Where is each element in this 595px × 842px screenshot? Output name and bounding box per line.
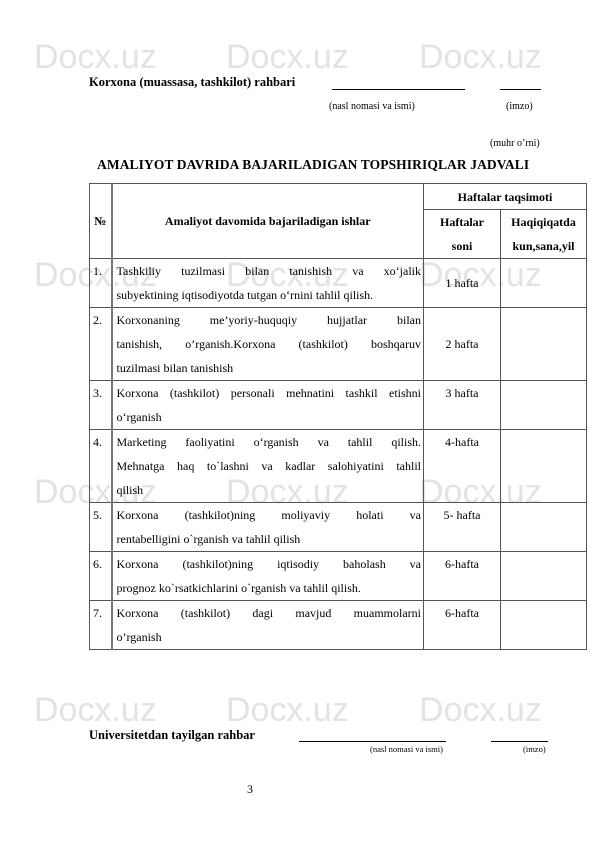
header-actual-date: Haqiqiqatda kun,sana,yil bbox=[501, 210, 587, 259]
actual-date-cell[interactable] bbox=[501, 601, 587, 650]
task-description-line: Korxona (tashkilot) personali mehnatini … bbox=[117, 381, 422, 405]
name-signature-line[interactable] bbox=[332, 89, 465, 90]
header-weeks-count: Haftalar soni bbox=[424, 210, 501, 259]
weeks-cell: 2 hafta bbox=[424, 308, 501, 381]
table-row: 2.Korxonaning me’yoriy-huquqiy hujjatlar… bbox=[90, 308, 587, 381]
tasks-table: № Amaliyot davomida bajariladigan ishlar… bbox=[89, 183, 587, 650]
weeks-cell: 5- hafta bbox=[424, 503, 501, 552]
weeks-cell: 1 hafta bbox=[424, 259, 501, 308]
actual-date-cell[interactable] bbox=[501, 381, 587, 430]
table-row: 3.Korxona (tashkilot) personali mehnatin… bbox=[90, 381, 587, 430]
row-number: 3. bbox=[90, 381, 112, 430]
row-number: 4. bbox=[90, 430, 112, 503]
row-number: 5. bbox=[90, 503, 112, 552]
signature-label: (imzo) bbox=[506, 101, 533, 112]
header-tasks: Amaliyot davomida bajariladigan ishlar bbox=[112, 184, 424, 259]
task-description: Korxona (tashkilot) dagi mavjud muammola… bbox=[112, 601, 424, 650]
header-distribution: Haftalar taqsimoti bbox=[424, 184, 587, 210]
task-description-line: Korxonaning me’yoriy-huquqiy hujjatlar b… bbox=[117, 308, 422, 332]
task-description-line: o’rganish bbox=[117, 625, 422, 649]
task-description-line: Korxona (tashkilot)ning moliyaviy holati… bbox=[117, 503, 422, 527]
task-description-line: subyektining iqtisodiyotda tutgan o‘rnin… bbox=[117, 283, 422, 307]
weeks-cell: 3 hafta bbox=[424, 381, 501, 430]
row-number: 6. bbox=[90, 552, 112, 601]
table-row: 4.Marketing faoliyatini o‘rganish va tah… bbox=[90, 430, 587, 503]
task-description-line: Tashkiliy tuzilmasi bilan tanishish va x… bbox=[117, 259, 422, 283]
actual-date-cell[interactable] bbox=[501, 308, 587, 381]
name-label: (nasl nomasi va ismi) bbox=[329, 101, 415, 112]
document-title: AMALIYOT DAVRIDA BAJARILADIGAN TOPSHIRIQ… bbox=[97, 157, 529, 173]
supervisor-signature-label: (imzo) bbox=[523, 744, 546, 754]
weeks-cell: 6-hafta bbox=[424, 601, 501, 650]
task-description: Marketing faoliyatini o‘rganish va tahli… bbox=[112, 430, 424, 503]
page-number: 3 bbox=[247, 782, 253, 797]
task-description-line: Korxona (tashkilot) dagi mavjud muammola… bbox=[117, 601, 422, 625]
task-description-line: Mehnatga haq to`lashni va kadlar salohiy… bbox=[117, 454, 422, 478]
table-row: 7.Korxona (tashkilot) dagi mavjud muammo… bbox=[90, 601, 587, 650]
task-description: Korxona (tashkilot)ning moliyaviy holati… bbox=[112, 503, 424, 552]
university-supervisor-label: Universitetdan tayilgan rahbar bbox=[89, 728, 255, 743]
weeks-cell: 6-hafta bbox=[424, 552, 501, 601]
task-description: Tashkiliy tuzilmasi bilan tanishish va x… bbox=[112, 259, 424, 308]
weeks-cell: 4-hafta bbox=[424, 430, 501, 503]
task-description-line: o‘rganish bbox=[117, 405, 422, 429]
header-actual-line2: kun,sana,yil bbox=[502, 234, 585, 258]
table-row: 6.Korxona (tashkilot)ning iqtisodiy baho… bbox=[90, 552, 587, 601]
task-description-line: tuzilmasi bilan tanishish bbox=[117, 356, 422, 380]
supervisor-name-label: (nasl nomasi va ismi) bbox=[370, 744, 443, 754]
actual-date-cell[interactable] bbox=[501, 552, 587, 601]
header-number: № bbox=[90, 184, 112, 259]
supervisor-signature-line[interactable] bbox=[491, 741, 548, 742]
signature-line[interactable] bbox=[500, 89, 541, 90]
task-description: Korxona (tashkilot) personali mehnatini … bbox=[112, 381, 424, 430]
task-description-line: tanishish, o’rganish.Korxona (tashkilot)… bbox=[117, 332, 422, 356]
table-row: 5.Korxona (tashkilot)ning moliyaviy hola… bbox=[90, 503, 587, 552]
task-description-line: rentabelligini o`rganish va tahlil qilis… bbox=[117, 527, 422, 551]
actual-date-cell[interactable] bbox=[501, 430, 587, 503]
row-number: 2. bbox=[90, 308, 112, 381]
seal-label: (muhr o’rni) bbox=[490, 138, 540, 149]
task-description: Korxonaning me’yoriy-huquqiy hujjatlar b… bbox=[112, 308, 424, 381]
supervisor-name-line[interactable] bbox=[299, 741, 446, 742]
task-description: Korxona (tashkilot)ning iqtisodiy bahola… bbox=[112, 552, 424, 601]
task-description-line: Marketing faoliyatini o‘rganish va tahli… bbox=[117, 430, 422, 454]
row-number: 1. bbox=[90, 259, 112, 308]
task-description-line: Korxona (tashkilot)ning iqtisodiy bahola… bbox=[117, 552, 422, 576]
header-weeks-count-line2: soni bbox=[426, 234, 498, 258]
actual-date-cell[interactable] bbox=[501, 259, 587, 308]
table-row: 1.Tashkiliy tuzilmasi bilan tanishish va… bbox=[90, 259, 587, 308]
header-weeks-count-line1: Haftalar bbox=[426, 210, 498, 234]
task-description-line: qilish bbox=[117, 478, 422, 502]
document-page: Korxona (muassasa, tashkilot) rahbari (n… bbox=[0, 0, 595, 842]
header-actual-line1: Haqiqiqatda bbox=[502, 210, 585, 234]
task-description-line: prognoz ko`rsatkichlarini o`rganish va t… bbox=[117, 576, 422, 600]
organization-head-label: Korxona (muassasa, tashkilot) rahbari bbox=[89, 75, 295, 90]
actual-date-cell[interactable] bbox=[501, 503, 587, 552]
row-number: 7. bbox=[90, 601, 112, 650]
